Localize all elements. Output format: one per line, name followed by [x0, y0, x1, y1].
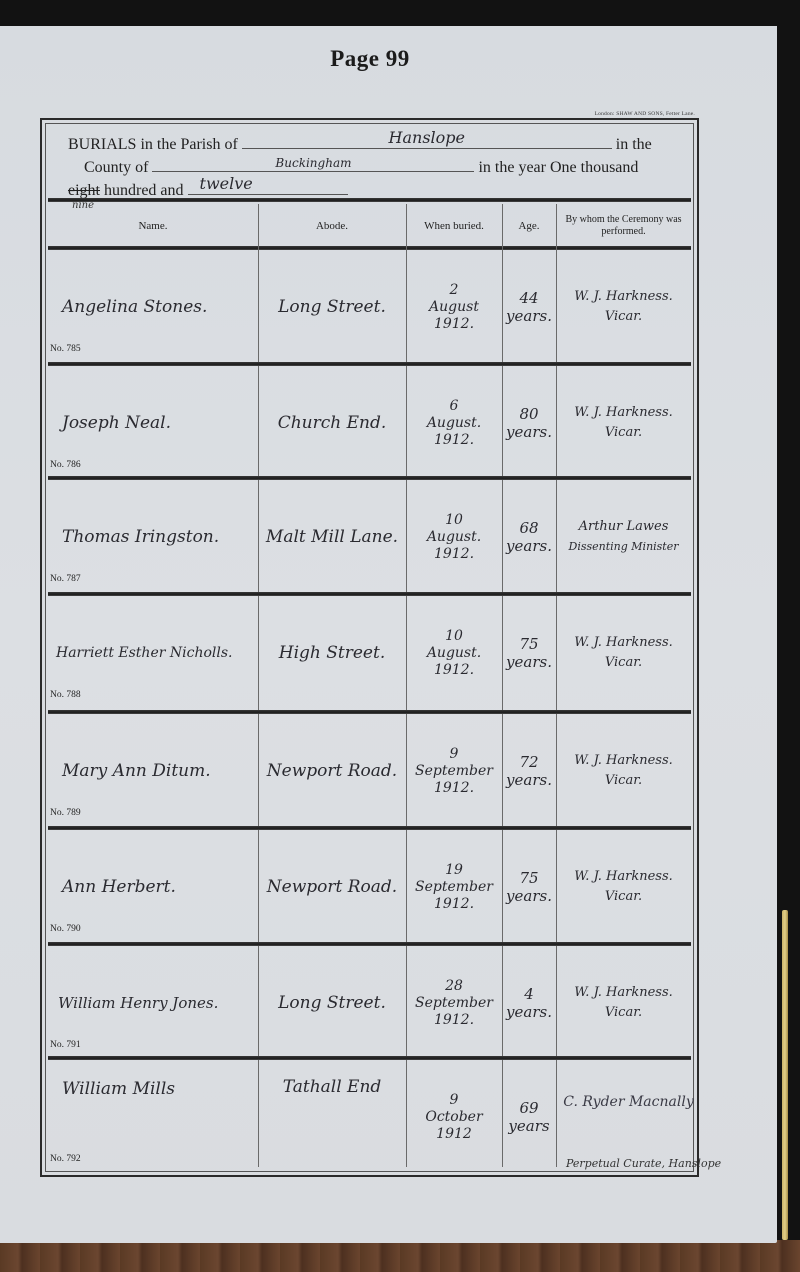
entry-abode: Newport Road.	[267, 762, 397, 781]
burial-register-table: BURIALS in the Parish of Hanslope in the…	[40, 118, 699, 1177]
table-row: Mary Ann Ditum. No. 789 Newport Road. 9S…	[48, 716, 691, 826]
page-number: Page 99	[0, 46, 740, 72]
entry-officiant-role: Vicar.	[605, 1003, 642, 1023]
entry-officiant: W. J. Harkness.	[574, 983, 673, 1003]
entry-age: 72	[519, 753, 538, 771]
heading-text: BURIALS in the Parish of	[68, 136, 238, 153]
heading-text: in the	[616, 136, 652, 153]
entry-number: No. 792	[50, 1154, 81, 1164]
entry-day: 6	[450, 398, 459, 415]
col-header-name: Name.	[48, 206, 258, 246]
heading-text: in the year One thousand	[478, 159, 638, 176]
table-row: Harriett Esther Nicholls. No. 788 High S…	[48, 598, 691, 708]
entry-year: 1912.	[434, 780, 474, 797]
entry-number: No. 787	[50, 574, 81, 584]
table-row: Thomas Iringston. No. 787 Malt Mill Lane…	[48, 482, 691, 592]
row-rule	[48, 362, 691, 366]
entry-day: 10	[445, 512, 463, 529]
entry-day: 9	[450, 1092, 459, 1109]
entry-year: 1912.	[434, 896, 474, 913]
row-rule	[48, 942, 691, 946]
entry-month: September	[415, 763, 493, 780]
entry-month: August.	[427, 645, 481, 662]
entry-abode: Church End.	[278, 414, 387, 433]
entry-officiant: W. J. Harkness.	[574, 403, 673, 423]
entry-age: 44	[519, 289, 538, 307]
entry-name: William Henry Jones.	[58, 994, 218, 1013]
entry-officiant-role: Dissenting Minister	[569, 537, 679, 557]
entry-day: 19	[445, 862, 463, 879]
entry-age: 80	[519, 405, 538, 423]
entry-day: 2	[450, 282, 459, 299]
entry-month: September	[415, 995, 493, 1012]
entry-abode: Newport Road.	[267, 878, 397, 897]
parish-field: Hanslope	[242, 132, 612, 149]
gilt-page-edge	[782, 910, 788, 1240]
entry-age-unit: years.	[506, 307, 552, 325]
entry-officiant: W. J. Harkness.	[574, 867, 673, 887]
entry-month: August.	[427, 415, 481, 432]
entry-day: 9	[450, 746, 459, 763]
entry-name: Thomas Iringston.	[62, 528, 219, 547]
entry-officiant-role: Vicar.	[605, 653, 642, 673]
entry-name: Joseph Neal.	[62, 414, 171, 433]
col-header-officiant: By whom the Ceremony was performed.	[556, 206, 691, 246]
table-row: Angelina Stones. No. 785 Long Street. 2A…	[48, 252, 691, 362]
county-field: Buckingham	[152, 155, 474, 172]
entry-age-unit: years.	[506, 653, 552, 671]
rule	[48, 246, 691, 250]
table-row: William Mills No. 792 Tathall End 9Octob…	[48, 1062, 691, 1172]
column-header-row: Name. Abode. When buried. Age. By whom t…	[48, 206, 691, 246]
entry-age-unit: years.	[506, 423, 552, 441]
heading-text: hundred and	[104, 182, 184, 199]
entry-abode: High Street.	[279, 644, 385, 663]
entry-age-unit: years	[508, 1117, 549, 1135]
entry-number: No. 785	[50, 344, 81, 354]
entry-month: August.	[427, 529, 481, 546]
parish-value: Hanslope	[242, 126, 612, 149]
entry-year: 1912.	[434, 432, 474, 449]
entry-year: 1912.	[434, 1012, 474, 1029]
row-rule	[48, 826, 691, 830]
row-rule	[48, 710, 691, 714]
entry-officiant: W. J. Harkness.	[574, 751, 673, 771]
entry-number: No. 788	[50, 690, 81, 700]
entry-month: October	[425, 1109, 482, 1126]
entry-abode: Long Street.	[278, 994, 386, 1013]
year-field: twelve	[188, 178, 348, 195]
officiant-title-note: Perpetual Curate, Hanslope	[566, 1157, 721, 1170]
table-row: William Henry Jones. No. 791 Long Street…	[48, 948, 691, 1058]
entry-year: 1912.	[434, 546, 474, 563]
entry-name: Mary Ann Ditum.	[62, 762, 211, 781]
col-header-when-buried: When buried.	[406, 206, 502, 246]
entry-day: 10	[445, 628, 463, 645]
col-header-age: Age.	[502, 206, 556, 246]
entry-age-unit: years.	[506, 1003, 552, 1021]
register-heading: BURIALS in the Parish of Hanslope in the…	[68, 132, 687, 201]
entry-officiant-role: Vicar.	[605, 887, 642, 907]
entry-officiant-role: Vicar.	[605, 307, 642, 327]
row-rule	[48, 1056, 691, 1060]
entry-officiant: C. Ryder Macnally	[563, 1092, 693, 1112]
entry-year: 1912.	[434, 662, 474, 679]
entry-name: Ann Herbert.	[62, 878, 176, 897]
entry-age-unit: years.	[506, 771, 552, 789]
entry-officiant: Arthur Lawes	[579, 517, 669, 537]
table-surface	[0, 1240, 800, 1272]
table-row: Ann Herbert. No. 790 Newport Road. 19Sep…	[48, 832, 691, 942]
entry-month: August	[429, 299, 479, 316]
row-rule	[48, 592, 691, 596]
entry-number: No. 786	[50, 460, 81, 470]
entry-year: 1912	[436, 1126, 472, 1143]
entry-number: No. 790	[50, 924, 81, 934]
entry-name: Harriett Esther Nicholls.	[56, 644, 232, 663]
entry-month: September	[415, 879, 493, 896]
entry-number: No. 791	[50, 1040, 81, 1050]
entry-name: William Mills	[62, 1080, 175, 1099]
col-header-abode: Abode.	[258, 206, 406, 246]
entry-age: 75	[519, 869, 538, 887]
entry-officiant: W. J. Harkness.	[574, 287, 673, 307]
table-row: Joseph Neal. No. 786 Church End. 6August…	[48, 368, 691, 478]
entry-year: 1912.	[434, 316, 474, 333]
printer-imprint: London: SHAW AND SONS, Fetter Lane.	[595, 111, 695, 117]
rule	[48, 198, 691, 202]
entry-name: Angelina Stones.	[62, 298, 207, 317]
entry-officiant-role: Vicar.	[605, 771, 642, 791]
year-value: twelve	[188, 172, 348, 195]
century-struck-text: eightnine	[68, 182, 100, 199]
entry-age: 68	[519, 519, 538, 537]
row-rule	[48, 476, 691, 480]
entry-abode: Malt Mill Lane.	[266, 528, 398, 547]
entry-age-unit: years.	[506, 537, 552, 555]
entry-abode: Tathall End	[283, 1078, 382, 1097]
entry-age-unit: years.	[506, 887, 552, 905]
entry-age: 4	[524, 985, 534, 1003]
heading-text: County of	[84, 159, 148, 176]
entry-abode: Long Street.	[278, 298, 386, 317]
entry-day: 28	[445, 978, 463, 995]
entry-officiant-role: Vicar.	[605, 423, 642, 443]
entry-age: 75	[519, 635, 538, 653]
entry-number: No. 789	[50, 808, 81, 818]
entry-officiant: W. J. Harkness.	[574, 633, 673, 653]
entry-age: 69	[519, 1099, 538, 1117]
